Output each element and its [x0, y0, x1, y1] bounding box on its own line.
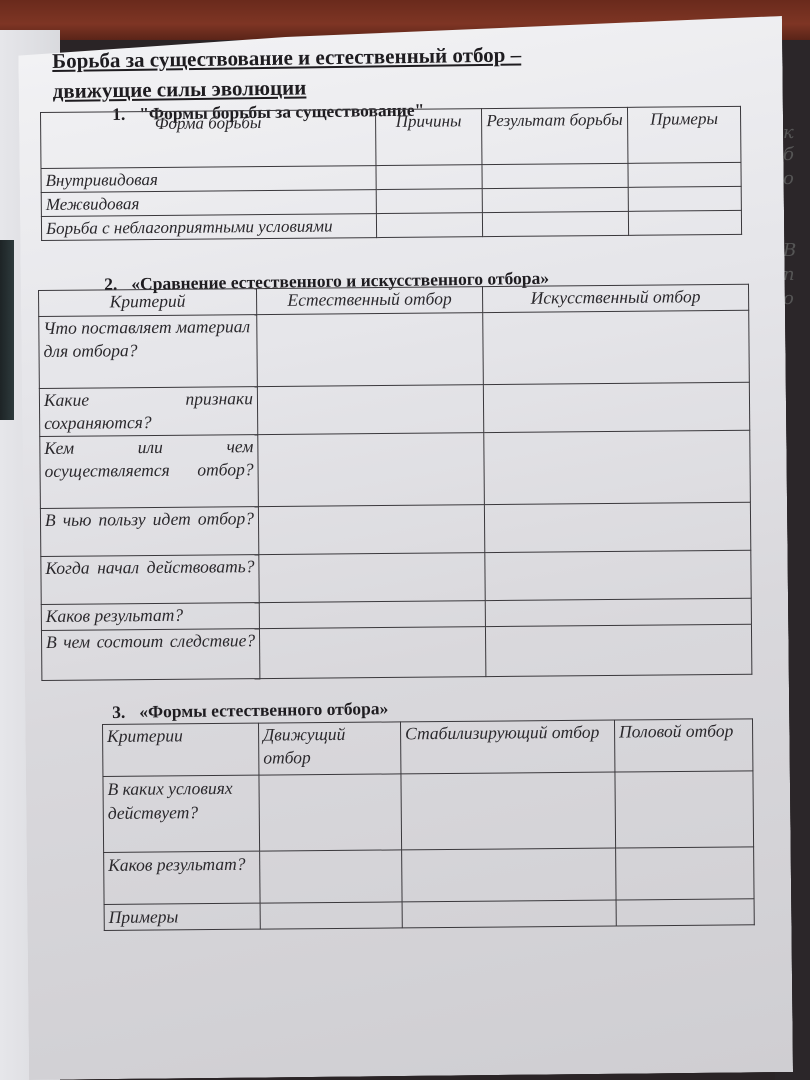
- row-label: Что поставляет материал для отбора?: [39, 315, 258, 389]
- table-row: Кем или чем осуществляется отбор?: [40, 430, 751, 508]
- answer-cell[interactable]: [260, 850, 402, 903]
- answer-cell[interactable]: [615, 771, 754, 848]
- column-header: Естественный отбор: [256, 287, 482, 315]
- natural-selection-forms-table: Критерии Движущий отбор Стабилизирующий …: [102, 718, 755, 931]
- answer-cell[interactable]: [628, 210, 741, 235]
- document-title: Борьба за существование и естественный о…: [52, 38, 613, 106]
- answer-cell[interactable]: [616, 847, 754, 900]
- table-header-row: Форма борьбы Причины Результат борьбы Пр…: [41, 106, 741, 168]
- answer-cell[interactable]: [376, 213, 482, 238]
- answer-cell[interactable]: [616, 899, 754, 926]
- scribble: В: [783, 240, 796, 261]
- row-label: Внутривидовая: [41, 166, 376, 193]
- answer-cell[interactable]: [483, 310, 750, 384]
- answer-cell[interactable]: [628, 162, 741, 187]
- row-label: Каков результат?: [41, 603, 259, 631]
- column-header: Причины: [375, 109, 481, 166]
- row-label: В чью пользу идет отбор?: [40, 507, 258, 557]
- answer-cell[interactable]: [485, 598, 751, 626]
- answer-cell[interactable]: [376, 189, 482, 214]
- answer-cell[interactable]: [376, 165, 482, 190]
- table-row: Каков результат?: [104, 847, 754, 905]
- answer-cell[interactable]: [482, 211, 628, 236]
- answer-cell[interactable]: [259, 627, 485, 679]
- row-label: Примеры: [104, 903, 260, 930]
- row-label: В каких условиях действует?: [103, 775, 260, 852]
- answer-cell[interactable]: [482, 163, 628, 188]
- answer-cell[interactable]: [258, 505, 484, 555]
- column-header: Примеры: [627, 106, 740, 163]
- answer-cell[interactable]: [260, 902, 402, 929]
- table-row: Что поставляет материал для отбора?: [39, 310, 750, 388]
- selection-comparison-table: Критерий Естественный отбор Искусственны…: [38, 284, 752, 681]
- answer-cell[interactable]: [483, 382, 749, 432]
- answer-cell[interactable]: [259, 601, 485, 629]
- answer-cell[interactable]: [485, 624, 751, 676]
- section-title: «Формы естественного отбора»: [139, 698, 388, 721]
- answer-cell[interactable]: [402, 900, 616, 928]
- answer-cell[interactable]: [259, 774, 402, 851]
- table-row: В каких условиях действует?: [103, 771, 754, 853]
- answer-cell[interactable]: [259, 553, 485, 603]
- answer-cell[interactable]: [257, 313, 484, 387]
- column-header: Искусственный отбор: [482, 284, 748, 312]
- row-label: Какие признаки сохраняются?: [39, 387, 257, 437]
- row-label: Когда начал действовать?: [41, 555, 259, 605]
- row-label: В чем состоит следствие?: [41, 629, 259, 681]
- answer-cell[interactable]: [628, 186, 741, 211]
- left-dark-object: [0, 240, 14, 420]
- column-header: Форма борьбы: [41, 110, 376, 169]
- scribble: о: [783, 168, 794, 189]
- table-row: В чем состоит следствие?: [41, 624, 751, 680]
- answer-cell[interactable]: [401, 772, 616, 850]
- answer-cell[interactable]: [484, 502, 750, 552]
- table-row: Когда начал действовать?: [41, 550, 751, 604]
- scribble: б: [783, 144, 794, 165]
- row-label: Кем или чем осуществляется отбор?: [40, 435, 259, 509]
- struggle-forms-table: Форма борьбы Причины Результат борьбы Пр…: [40, 106, 742, 241]
- table-row: В чью пользу идет отбор?: [40, 502, 750, 556]
- answer-cell[interactable]: [485, 550, 751, 600]
- column-header: Критерии: [103, 723, 259, 776]
- column-header: Результат борьбы: [481, 107, 627, 164]
- row-label: Межвидовая: [41, 190, 376, 217]
- table-row: Примеры: [104, 899, 754, 931]
- row-label: Борьба с неблагоприятными условиями: [41, 214, 376, 241]
- answer-cell[interactable]: [258, 433, 485, 507]
- column-header: Критерий: [39, 289, 257, 317]
- scribble: к: [783, 122, 794, 143]
- column-header: Стабилизирующий отбор: [400, 720, 614, 774]
- section-3-heading: 3.«Формы естественного отбора»: [112, 698, 388, 723]
- table-header-row: Критерии Движущий отбор Стабилизирующий …: [103, 719, 753, 777]
- row-label: Каков результат?: [104, 851, 260, 904]
- table-row: Какие признаки сохраняются?: [39, 382, 749, 436]
- answer-cell[interactable]: [482, 187, 628, 212]
- answer-cell[interactable]: [484, 430, 751, 504]
- column-header: Половой отбор: [614, 719, 752, 772]
- answer-cell[interactable]: [402, 848, 616, 902]
- answer-cell[interactable]: [257, 385, 483, 435]
- column-header: Движущий отбор: [258, 722, 400, 775]
- section-number: 3.: [112, 702, 125, 722]
